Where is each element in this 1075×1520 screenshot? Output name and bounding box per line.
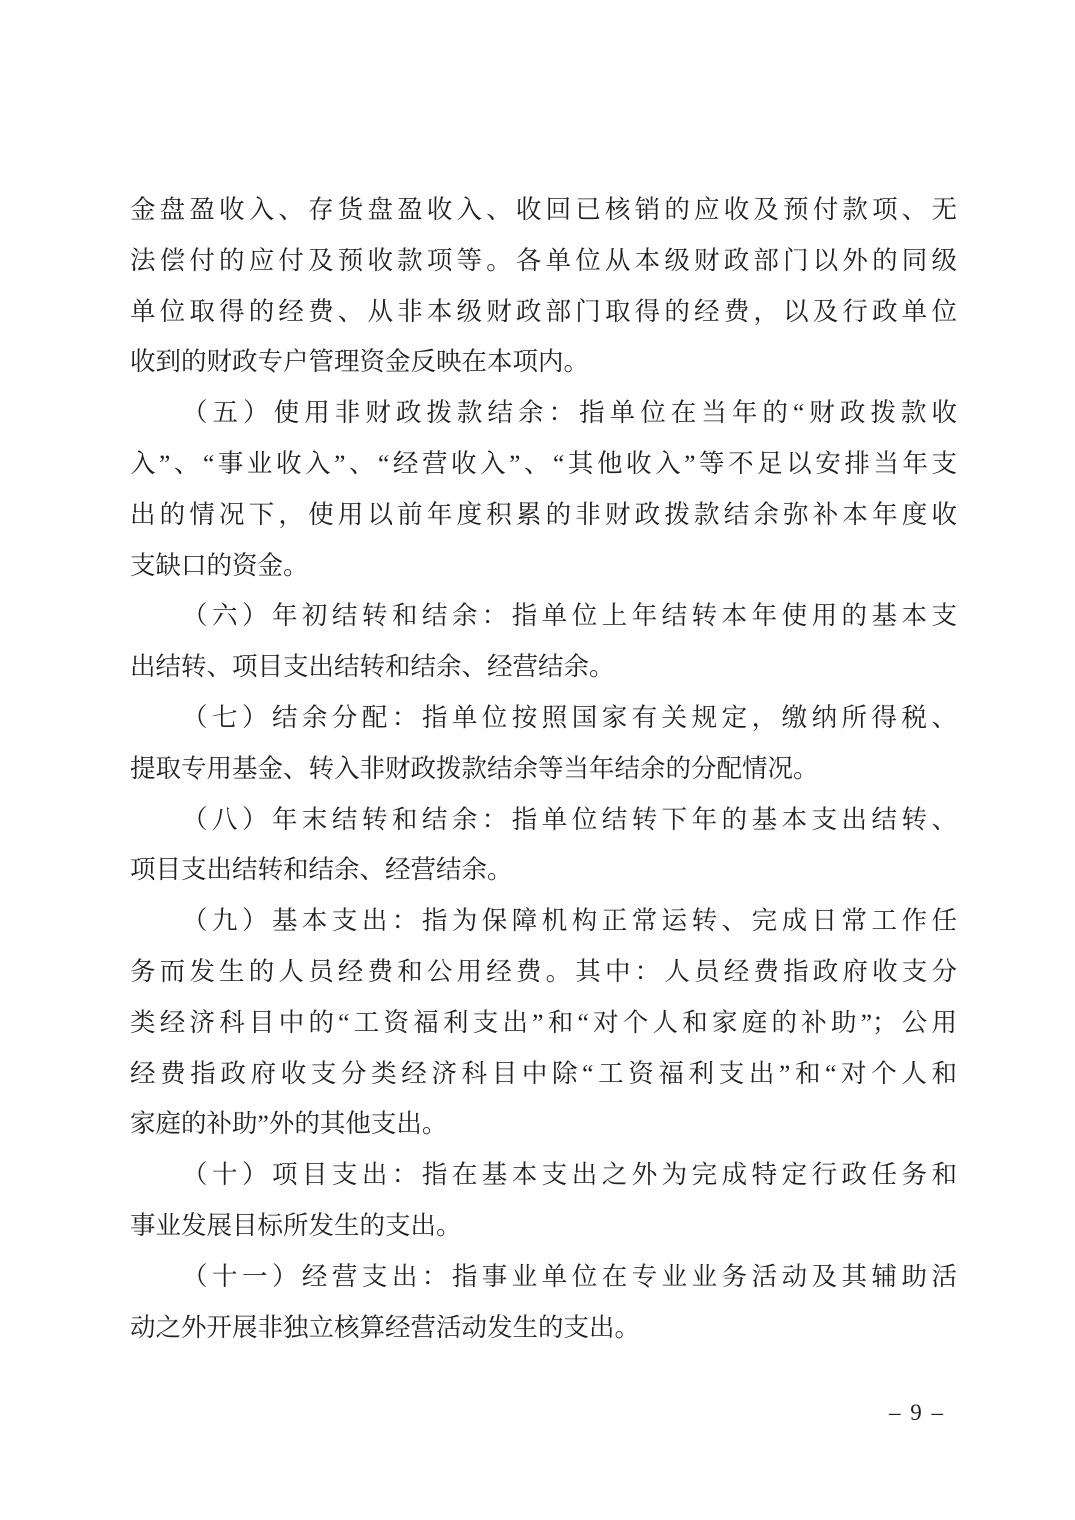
text-line: 入”、“事业收入”、“经营收入”、“其他收入”等不足以安排当年支 [130,439,957,490]
text-line: 出结转、项目支出结转和结余、经营结余。 [130,642,957,693]
page-number: – 9 – [889,1400,945,1426]
text-line: （九）基本支出：指为保障机构正常运转、完成日常工作任 [130,896,957,947]
text-line: 收到的财政专户管理资金反映在本项内。 [130,337,957,388]
text-line: 项目支出结转和结余、经营结余。 [130,845,957,896]
text-line: （八）年末结转和结余：指单位结转下年的基本支出结转、 [130,795,957,846]
text-line: （十）项目支出：指在基本支出之外为完成特定行政任务和 [130,1150,957,1201]
text-line: 金盘盈收入、存货盘盈收入、收回已核销的应收及预付款项、无 [130,185,957,236]
text-line: （七）结余分配：指单位按照国家有关规定，缴纳所得税、 [130,693,957,744]
text-line: 事业发展目标所发生的支出。 [130,1201,957,1252]
text-line: 经费指政府收支分类经济科目中除“工资福利支出”和“对个人和 [130,1049,957,1100]
document-page: 金盘盈收入、存货盘盈收入、收回已核销的应收及预付款项、无法偿付的应付及预收款项等… [0,0,1075,1520]
text-line: （五）使用非财政拨款结余：指单位在当年的“财政拨款收 [130,388,957,439]
document-body: 金盘盈收入、存货盘盈收入、收回已核销的应收及预付款项、无法偿付的应付及预收款项等… [130,185,957,1353]
text-line: 务而发生的人员经费和公用经费。其中：人员经费指政府收支分 [130,947,957,998]
text-line: 提取专用基金、转入非财政拨款结余等当年结余的分配情况。 [130,744,957,795]
text-line: 动之外开展非独立核算经营活动发生的支出。 [130,1303,957,1354]
text-line: 支缺口的资金。 [130,541,957,592]
text-line: 类经济科目中的“工资福利支出”和“对个人和家庭的补助”；公用 [130,998,957,1049]
text-line: （六）年初结转和结余：指单位上年结转本年使用的基本支 [130,591,957,642]
text-line: 法偿付的应付及预收款项等。各单位从本级财政部门以外的同级 [130,236,957,287]
text-line: 出的情况下，使用以前年度积累的非财政拨款结余弥补本年度收 [130,490,957,541]
text-line: 家庭的补助”外的其他支出。 [130,1099,957,1150]
text-line: 单位取得的经费、从非本级财政部门取得的经费，以及行政单位 [130,287,957,338]
text-line: （十一）经营支出：指事业单位在专业业务活动及其辅助活 [130,1252,957,1303]
